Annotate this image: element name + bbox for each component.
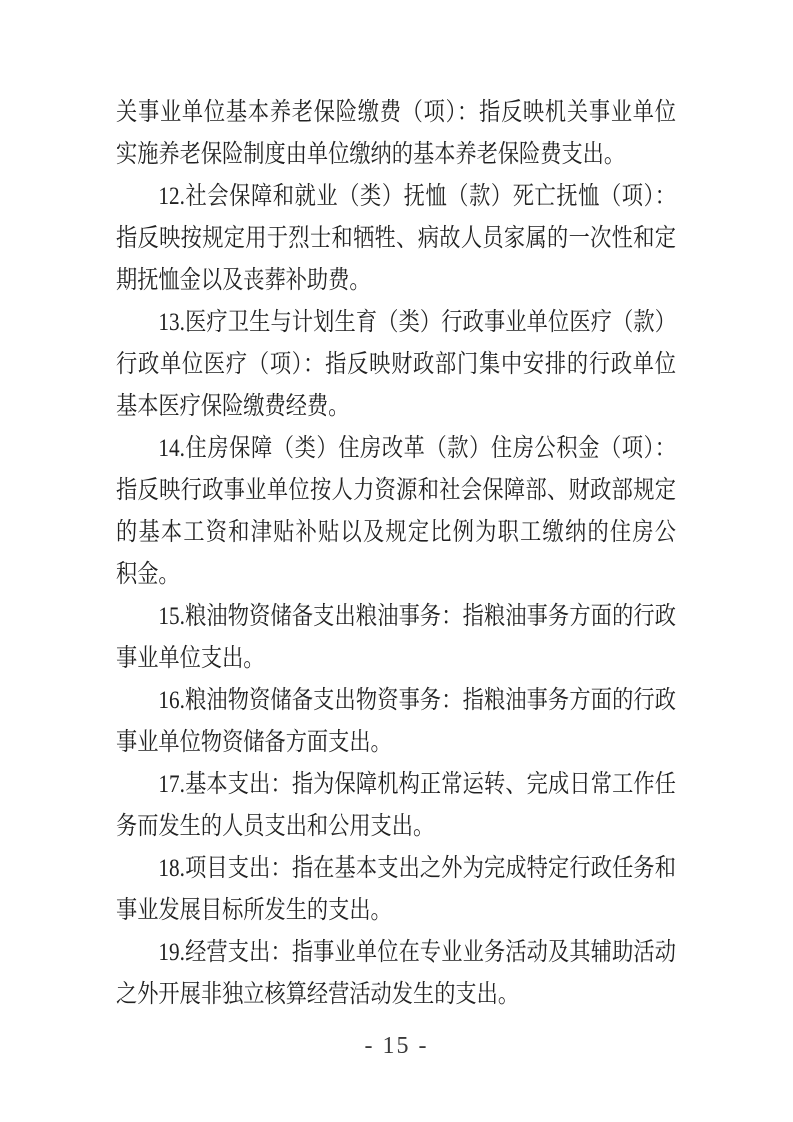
text-line: 事业单位物资储备方面支出。: [116, 722, 676, 764]
text-line: 15.粮油物资储备支出粮油事务：指粮油事务方面的行政: [116, 596, 676, 638]
paragraph-11-continuation: 关事业单位基本养老保险缴费（项）：指反映机关事业单位 实施养老保险制度由单位缴纳…: [116, 92, 676, 176]
text-line: 16.粮油物资储备支出物资事务：指粮油事务方面的行政: [116, 680, 676, 722]
text-line: 关事业单位基本养老保险缴费（项）：指反映机关事业单位: [116, 92, 676, 134]
text-line: 12.社会保障和就业（类）抚恤（款）死亡抚恤（项）：: [116, 176, 676, 218]
page-number: - 15 -: [0, 1030, 793, 1062]
text-line: 行政单位医疗（项）：指反映财政部门集中安排的行政单位: [116, 344, 676, 386]
text-line: 实施养老保险制度由单位缴纳的基本养老保险费支出。: [116, 134, 676, 176]
text-line: 积金。: [116, 554, 676, 596]
paragraph-15: 15.粮油物资储备支出粮油事务：指粮油事务方面的行政 事业单位支出。: [116, 596, 676, 680]
text-line: 期抚恤金以及丧葬补助费。: [116, 260, 676, 302]
text-line: 的基本工资和津贴补贴以及规定比例为职工缴纳的住房公: [116, 512, 676, 554]
paragraph-18: 18.项目支出：指在基本支出之外为完成特定行政任务和 事业发展目标所发生的支出。: [116, 848, 676, 932]
text-line: 19.经营支出：指事业单位在专业业务活动及其辅助活动: [116, 932, 676, 974]
text-line: 务而发生的人员支出和公用支出。: [116, 806, 676, 848]
text-line: 基本医疗保险缴费经费。: [116, 386, 676, 428]
paragraph-16: 16.粮油物资储备支出物资事务：指粮油事务方面的行政 事业单位物资储备方面支出。: [116, 680, 676, 764]
document-page: 关事业单位基本养老保险缴费（项）：指反映机关事业单位 实施养老保险制度由单位缴纳…: [0, 0, 793, 1122]
text-line: 事业发展目标所发生的支出。: [116, 890, 676, 932]
text-line: 事业单位支出。: [116, 638, 676, 680]
paragraph-14: 14.住房保障（类）住房改革（款）住房公积金（项）： 指反映行政事业单位按人力资…: [116, 428, 676, 596]
text-line: 指反映行政事业单位按人力资源和社会保障部、财政部规定: [116, 470, 676, 512]
paragraph-13: 13.医疗卫生与计划生育（类）行政事业单位医疗（款） 行政单位医疗（项）：指反映…: [116, 302, 676, 428]
paragraph-12: 12.社会保障和就业（类）抚恤（款）死亡抚恤（项）： 指反映按规定用于烈士和牺牲…: [116, 176, 676, 302]
text-line: 18.项目支出：指在基本支出之外为完成特定行政任务和: [116, 848, 676, 890]
paragraph-17: 17.基本支出：指为保障机构正常运转、完成日常工作任 务而发生的人员支出和公用支…: [116, 764, 676, 848]
text-line: 指反映按规定用于烈士和牺牲、病故人员家属的一次性和定: [116, 218, 676, 260]
text-line: 17.基本支出：指为保障机构正常运转、完成日常工作任: [116, 764, 676, 806]
text-line: 14.住房保障（类）住房改革（款）住房公积金（项）：: [116, 428, 676, 470]
text-line: 13.医疗卫生与计划生育（类）行政事业单位医疗（款）: [116, 302, 676, 344]
text-line: 之外开展非独立核算经营活动发生的支出。: [116, 974, 676, 1016]
document-body: 关事业单位基本养老保险缴费（项）：指反映机关事业单位 实施养老保险制度由单位缴纳…: [116, 92, 676, 1016]
paragraph-19: 19.经营支出：指事业单位在专业业务活动及其辅助活动 之外开展非独立核算经营活动…: [116, 932, 676, 1016]
